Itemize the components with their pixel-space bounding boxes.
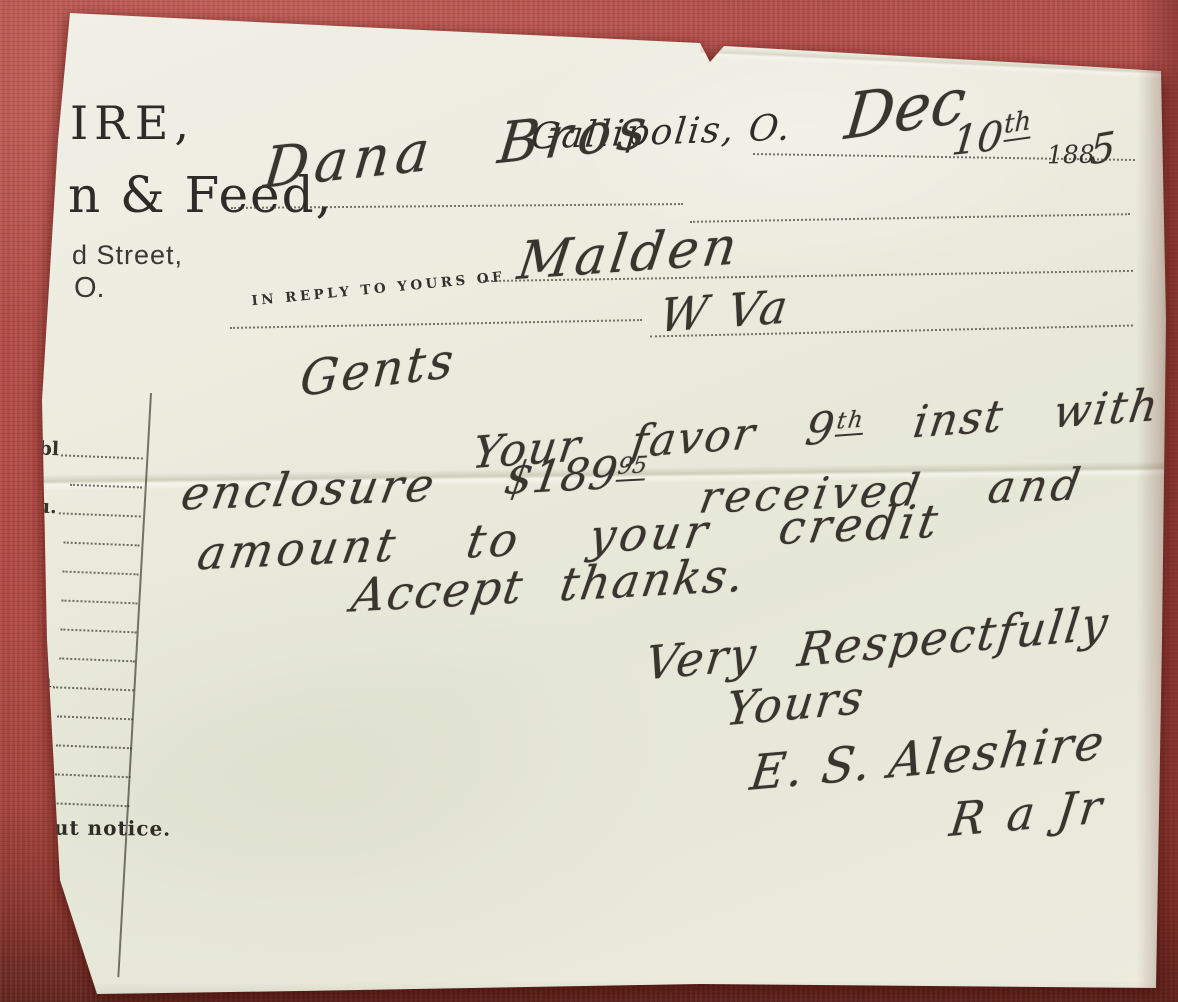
dot-leader bbox=[70, 484, 142, 489]
unit-label: " bbox=[17, 642, 58, 664]
dot-leader bbox=[61, 599, 137, 604]
photo-of-letter: IRE, n & Feed, d Street, O. Gallipolis, … bbox=[0, 0, 1178, 1002]
unit-label: ' bbox=[20, 555, 61, 577]
handwritten-yours: Yours bbox=[723, 670, 868, 737]
handwritten-addressee-city: Malden bbox=[514, 216, 744, 292]
handwritten-month: Dec bbox=[842, 63, 970, 155]
dot-leader bbox=[63, 571, 139, 576]
price-row: ton bbox=[16, 662, 139, 696]
dot-leader bbox=[64, 542, 140, 547]
price-row: " bbox=[17, 633, 140, 667]
dot-leader bbox=[59, 512, 141, 517]
handwritten-day: 10 bbox=[950, 113, 1006, 165]
unit-label: " bbox=[15, 700, 56, 722]
price-row: bbl bbox=[25, 430, 148, 464]
handwritten-initials: R a Jr bbox=[947, 779, 1109, 847]
unit-label: bu. bbox=[23, 495, 58, 518]
price-row: ' bbox=[19, 575, 142, 609]
handwritten-addressee-name: Dana Bros bbox=[261, 95, 656, 202]
notice-fragment: hout notice. bbox=[24, 815, 171, 840]
paper-shadow: IRE, n & Feed, d Street, O. Gallipolis, … bbox=[0, 0, 1178, 1002]
price-row bbox=[24, 459, 147, 493]
price-row: " bbox=[12, 778, 135, 812]
handwritten-respectfully: Very Respectfully bbox=[643, 595, 1113, 690]
letterhead-line-1: IRE, bbox=[70, 96, 195, 150]
price-row: ' bbox=[20, 546, 143, 580]
addressee-dotted-line-2 bbox=[690, 213, 1130, 223]
unit-label: " bbox=[14, 729, 55, 751]
dot-leader bbox=[61, 454, 143, 459]
amount-dollars: $189 bbox=[501, 448, 621, 505]
price-row: ' bbox=[18, 604, 141, 638]
price-row: ' bbox=[22, 517, 145, 551]
price-row: " bbox=[14, 720, 137, 754]
unit-label: ' bbox=[19, 584, 60, 606]
dot-leader bbox=[55, 773, 131, 778]
in-reply-to-label: IN REPLY TO YOURS OF bbox=[251, 269, 506, 309]
unit-label: ' bbox=[22, 526, 63, 548]
letterhead-line-4: O. bbox=[74, 272, 105, 305]
handwritten-addressee-state: W Va bbox=[656, 279, 794, 343]
dot-leader bbox=[56, 744, 132, 749]
printed-year-188: 188 bbox=[1047, 140, 1095, 170]
unit-label: " bbox=[12, 787, 53, 809]
amount-cents: 95 bbox=[616, 452, 650, 482]
handwritten-salutation: Gents bbox=[298, 332, 458, 408]
favor-text-rest: inst with bbox=[860, 380, 1163, 452]
price-row: " bbox=[13, 749, 136, 783]
letter-paper: IRE, n & Feed, d Street, O. Gallipolis, … bbox=[0, 0, 1178, 1002]
dot-leader bbox=[57, 715, 133, 720]
handwritten-year-digit: 5 bbox=[1089, 123, 1116, 174]
favor-ordinal: th bbox=[835, 406, 867, 436]
dot-leader bbox=[60, 628, 136, 633]
reply-dotted-line bbox=[230, 319, 642, 329]
handwritten-amount: $18995 bbox=[501, 446, 650, 505]
dot-leader bbox=[59, 657, 135, 662]
unit-label: ' bbox=[18, 613, 59, 635]
dot-leader bbox=[53, 686, 134, 691]
letterhead-line-3: d Street, bbox=[72, 240, 183, 271]
price-row: bu. bbox=[23, 488, 146, 522]
dot-leader bbox=[54, 802, 130, 807]
price-row: " bbox=[15, 691, 138, 725]
handwritten-enclosure-word: enclosure bbox=[177, 457, 441, 520]
unit-label: bbl bbox=[25, 437, 60, 460]
unit-label: ton bbox=[16, 669, 52, 692]
price-column-rows: bblbu.''''"ton"""" bbox=[12, 430, 148, 811]
handwritten-ordinal: th bbox=[1004, 106, 1032, 142]
unit-label: " bbox=[13, 758, 54, 780]
